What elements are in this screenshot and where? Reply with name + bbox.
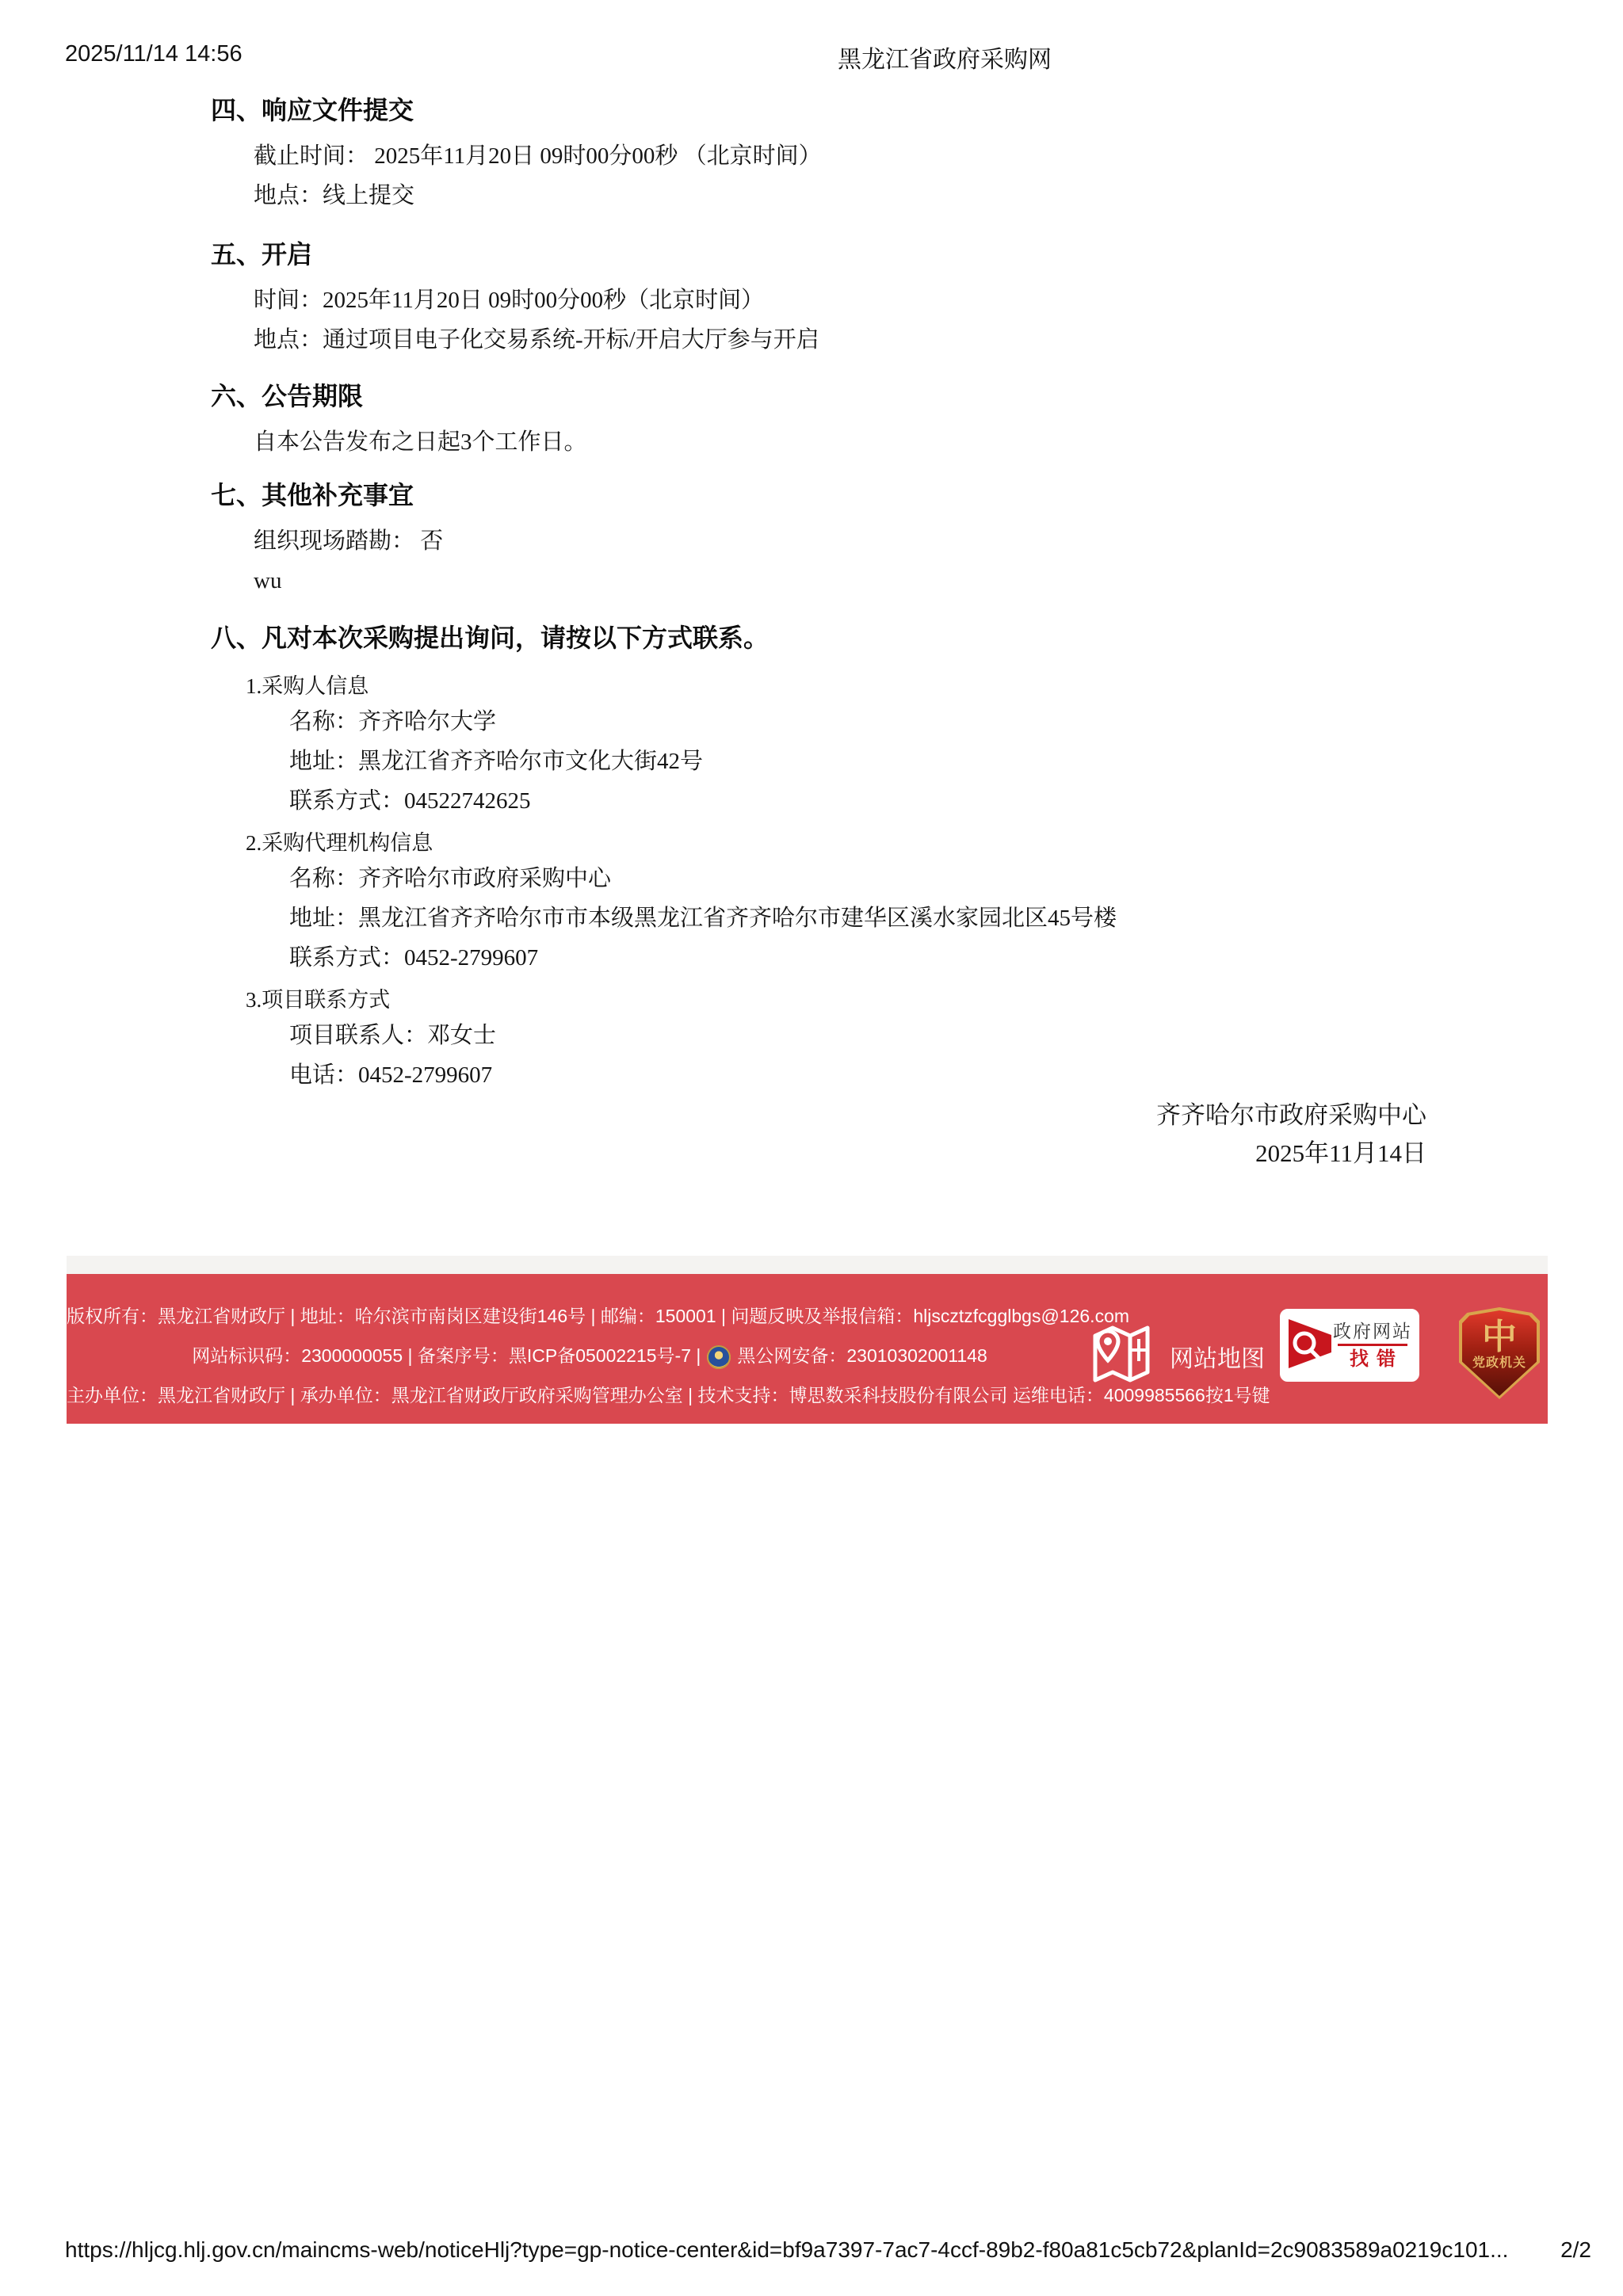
footer-copyright-line: 版权所有：黑龙江省财政厅 | 地址：哈尔滨市南岗区建设街146号 | 邮编：15… (67, 1296, 1113, 1336)
agency-phone: 联系方式：0452-2799607 (0, 938, 1623, 978)
section-4-body: 截止时间： 2025年11月20日 09时00分00秒 （北京时间） 地点：线上… (0, 136, 1623, 215)
agency-info: 名称：齐齐哈尔市政府采购中心 地址：黑龙江省齐齐哈尔市市本级黑龙江省齐齐哈尔市建… (0, 859, 1623, 978)
project-contact-phone: 电话：0452-2799607 (0, 1055, 1623, 1095)
print-url: https://hljcg.hlj.gov.cn/maincms-web/not… (65, 2237, 1508, 2263)
open-time-line: 时间：2025年11月20日 09时00分00秒（北京时间） (0, 280, 1623, 320)
map-pin-icon (1090, 1320, 1152, 1392)
deadline-line: 截止时间： 2025年11月20日 09时00分00秒 （北京时间） (0, 136, 1623, 176)
project-contact-person: 项目联系人：邓女士 (0, 1016, 1623, 1055)
party-gov-org-shield-badge[interactable]: 中 党政机关 (1459, 1307, 1540, 1399)
shield-emblem-icon: 中 (1462, 1318, 1537, 1356)
purchaser-address: 地址：黑龙江省齐齐哈尔市文化大街42号 (0, 742, 1623, 781)
police-emblem-icon (707, 1345, 731, 1369)
footer-registration-suffix: 黑公网安备：23010302001148 (737, 1345, 987, 1366)
announce-period-line: 自本公告发布之日起3个工作日。 (0, 422, 1623, 462)
section-8-heading: 八、凡对本次采购提出询问，请按以下方式联系。 (0, 621, 1623, 654)
purchaser-info: 名称：齐齐哈尔大学 地址：黑龙江省齐齐哈尔市文化大街42号 联系方式：04522… (0, 702, 1623, 821)
error-badge-divider (1338, 1344, 1407, 1346)
site-footer-bar: 版权所有：黑龙江省财政厅 | 地址：哈尔滨市南岗区建设街146号 | 邮编：15… (67, 1274, 1548, 1424)
print-preview-page: 2025/11/14 14:56 黑龙江省政府采购网 四、响应文件提交 截止时间… (0, 0, 1623, 2296)
error-badge-title: 政府网站 (1333, 1321, 1412, 1341)
site-survey-line: 组织现场踏勘： 否 (0, 521, 1623, 561)
print-timestamp: 2025/11/14 14:56 (65, 41, 242, 67)
error-badge-action: 找错 (1333, 1348, 1412, 1370)
project-contact-label: 3.项目联系方式 (0, 984, 1623, 1016)
section-4-heading: 四、响应文件提交 (0, 93, 1623, 127)
open-place-line: 地点：通过项目电子化交易系统-开标/开启大厅参与开启 (0, 320, 1623, 360)
site-footer-text: 版权所有：黑龙江省财政厅 | 地址：哈尔滨市南岗区建设街146号 | 邮编：15… (67, 1296, 1113, 1415)
agency-address: 地址：黑龙江省齐齐哈尔市市本级黑龙江省齐齐哈尔市建华区溪水家园北区45号楼 (0, 898, 1623, 938)
print-site-title: 黑龙江省政府采购网 (838, 40, 1052, 74)
footer-registration-line: 网站标识码：2300000055 | 备案序号：黑ICP备05002215号-7… (67, 1336, 1113, 1375)
remark-line: wu (0, 561, 1623, 601)
project-contact: 项目联系人：邓女士 电话：0452-2799607 (0, 1016, 1623, 1095)
purchaser-name: 名称：齐齐哈尔大学 (0, 702, 1623, 742)
page-background-strip (67, 1256, 1548, 1274)
footer-registration-prefix: 网站标识码：2300000055 | 备案序号：黑ICP备05002215号-7… (192, 1345, 701, 1366)
magnifier-flag-icon (1287, 1316, 1333, 1375)
shield-label: 党政机关 (1462, 1356, 1537, 1371)
section-6-body: 自本公告发布之日起3个工作日。 (0, 422, 1623, 462)
sitemap-link[interactable]: 网站地图 (1090, 1320, 1265, 1392)
signature-date: 2025年11月14日 (0, 1135, 1426, 1173)
section-7-body: 组织现场踏勘： 否 wu (0, 521, 1623, 601)
signature-org: 齐齐哈尔市政府采购中心 (0, 1097, 1426, 1135)
section-5-heading: 五、开启 (0, 238, 1623, 271)
sitemap-label: 网站地图 (1170, 1339, 1265, 1374)
print-page-indicator: 2/2 (1560, 2237, 1591, 2263)
agency-name: 名称：齐齐哈尔市政府采购中心 (0, 859, 1623, 898)
signature-block: 齐齐哈尔市政府采购中心 2025年11月14日 (0, 1097, 1623, 1173)
section-7-heading: 七、其他补充事宜 (0, 479, 1623, 512)
section-6-heading: 六、公告期限 (0, 379, 1623, 413)
error-badge-texts: 政府网站 找错 (1333, 1321, 1417, 1370)
submit-place-line: 地点：线上提交 (0, 176, 1623, 215)
notice-document: 四、响应文件提交 截止时间： 2025年11月20日 09时00分00秒 （北京… (0, 93, 1623, 1173)
shield-inner: 中 党政机关 (1462, 1310, 1537, 1396)
gov-site-error-report-badge[interactable]: 政府网站 找错 (1280, 1309, 1419, 1382)
purchaser-info-label: 1.采购人信息 (0, 670, 1623, 702)
footer-organizer-line: 主办单位：黑龙江省财政厅 | 承办单位：黑龙江省财政厅政府采购管理办公室 | 技… (67, 1375, 1113, 1415)
section-5-body: 时间：2025年11月20日 09时00分00秒（北京时间） 地点：通过项目电子… (0, 280, 1623, 360)
purchaser-phone: 联系方式：04522742625 (0, 781, 1623, 821)
agency-info-label: 2.采购代理机构信息 (0, 827, 1623, 859)
